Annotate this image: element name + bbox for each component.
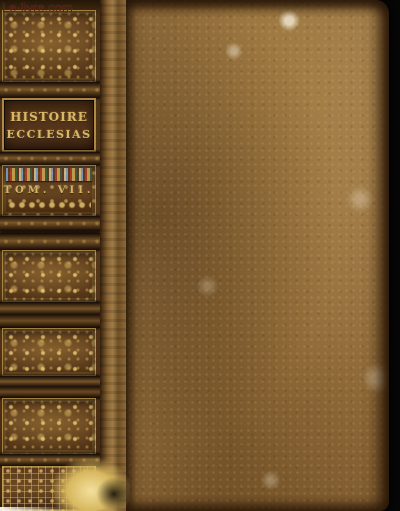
spine-raised-band-4 (0, 233, 100, 250)
tome-gilt-frieze (7, 199, 91, 211)
spine-tome-panel: TOM. VII. (2, 165, 96, 216)
spine-cover-joint (100, 0, 126, 511)
title-line-2: ECCLESIAS (4, 126, 94, 143)
tome-colored-fringe (6, 168, 92, 181)
spine-title-label: HISTOIRE ECCLESIAS (2, 98, 96, 152)
spine-gilt-panel-1 (2, 10, 96, 82)
spine-raised-band-5 (0, 302, 100, 328)
title-line-1: HISTOIRE (4, 109, 94, 126)
book-photograph: HISTOIRE ECCLESIAS TOM. VII. (0, 0, 400, 511)
dark-stain (96, 477, 132, 511)
spine-raised-band-3 (0, 216, 100, 231)
spine-raised-band-6 (0, 376, 100, 398)
site-watermark: Le-livre.com (2, 0, 73, 15)
spine-raised-band-1 (0, 82, 100, 98)
front-cover-leather (126, 0, 389, 511)
spine-gilt-panel-3 (2, 328, 96, 376)
spine-gilt-panel-2 (2, 250, 96, 302)
spine-gilt-panel-4 (2, 398, 96, 454)
antique-book: HISTOIRE ECCLESIAS TOM. VII. (0, 0, 389, 511)
photo-edge-highlight (0, 507, 66, 511)
book-spine: HISTOIRE ECCLESIAS TOM. VII. (0, 0, 100, 511)
spine-raised-band-2 (0, 152, 100, 165)
tome-number-label: TOM. VII. (3, 185, 95, 196)
